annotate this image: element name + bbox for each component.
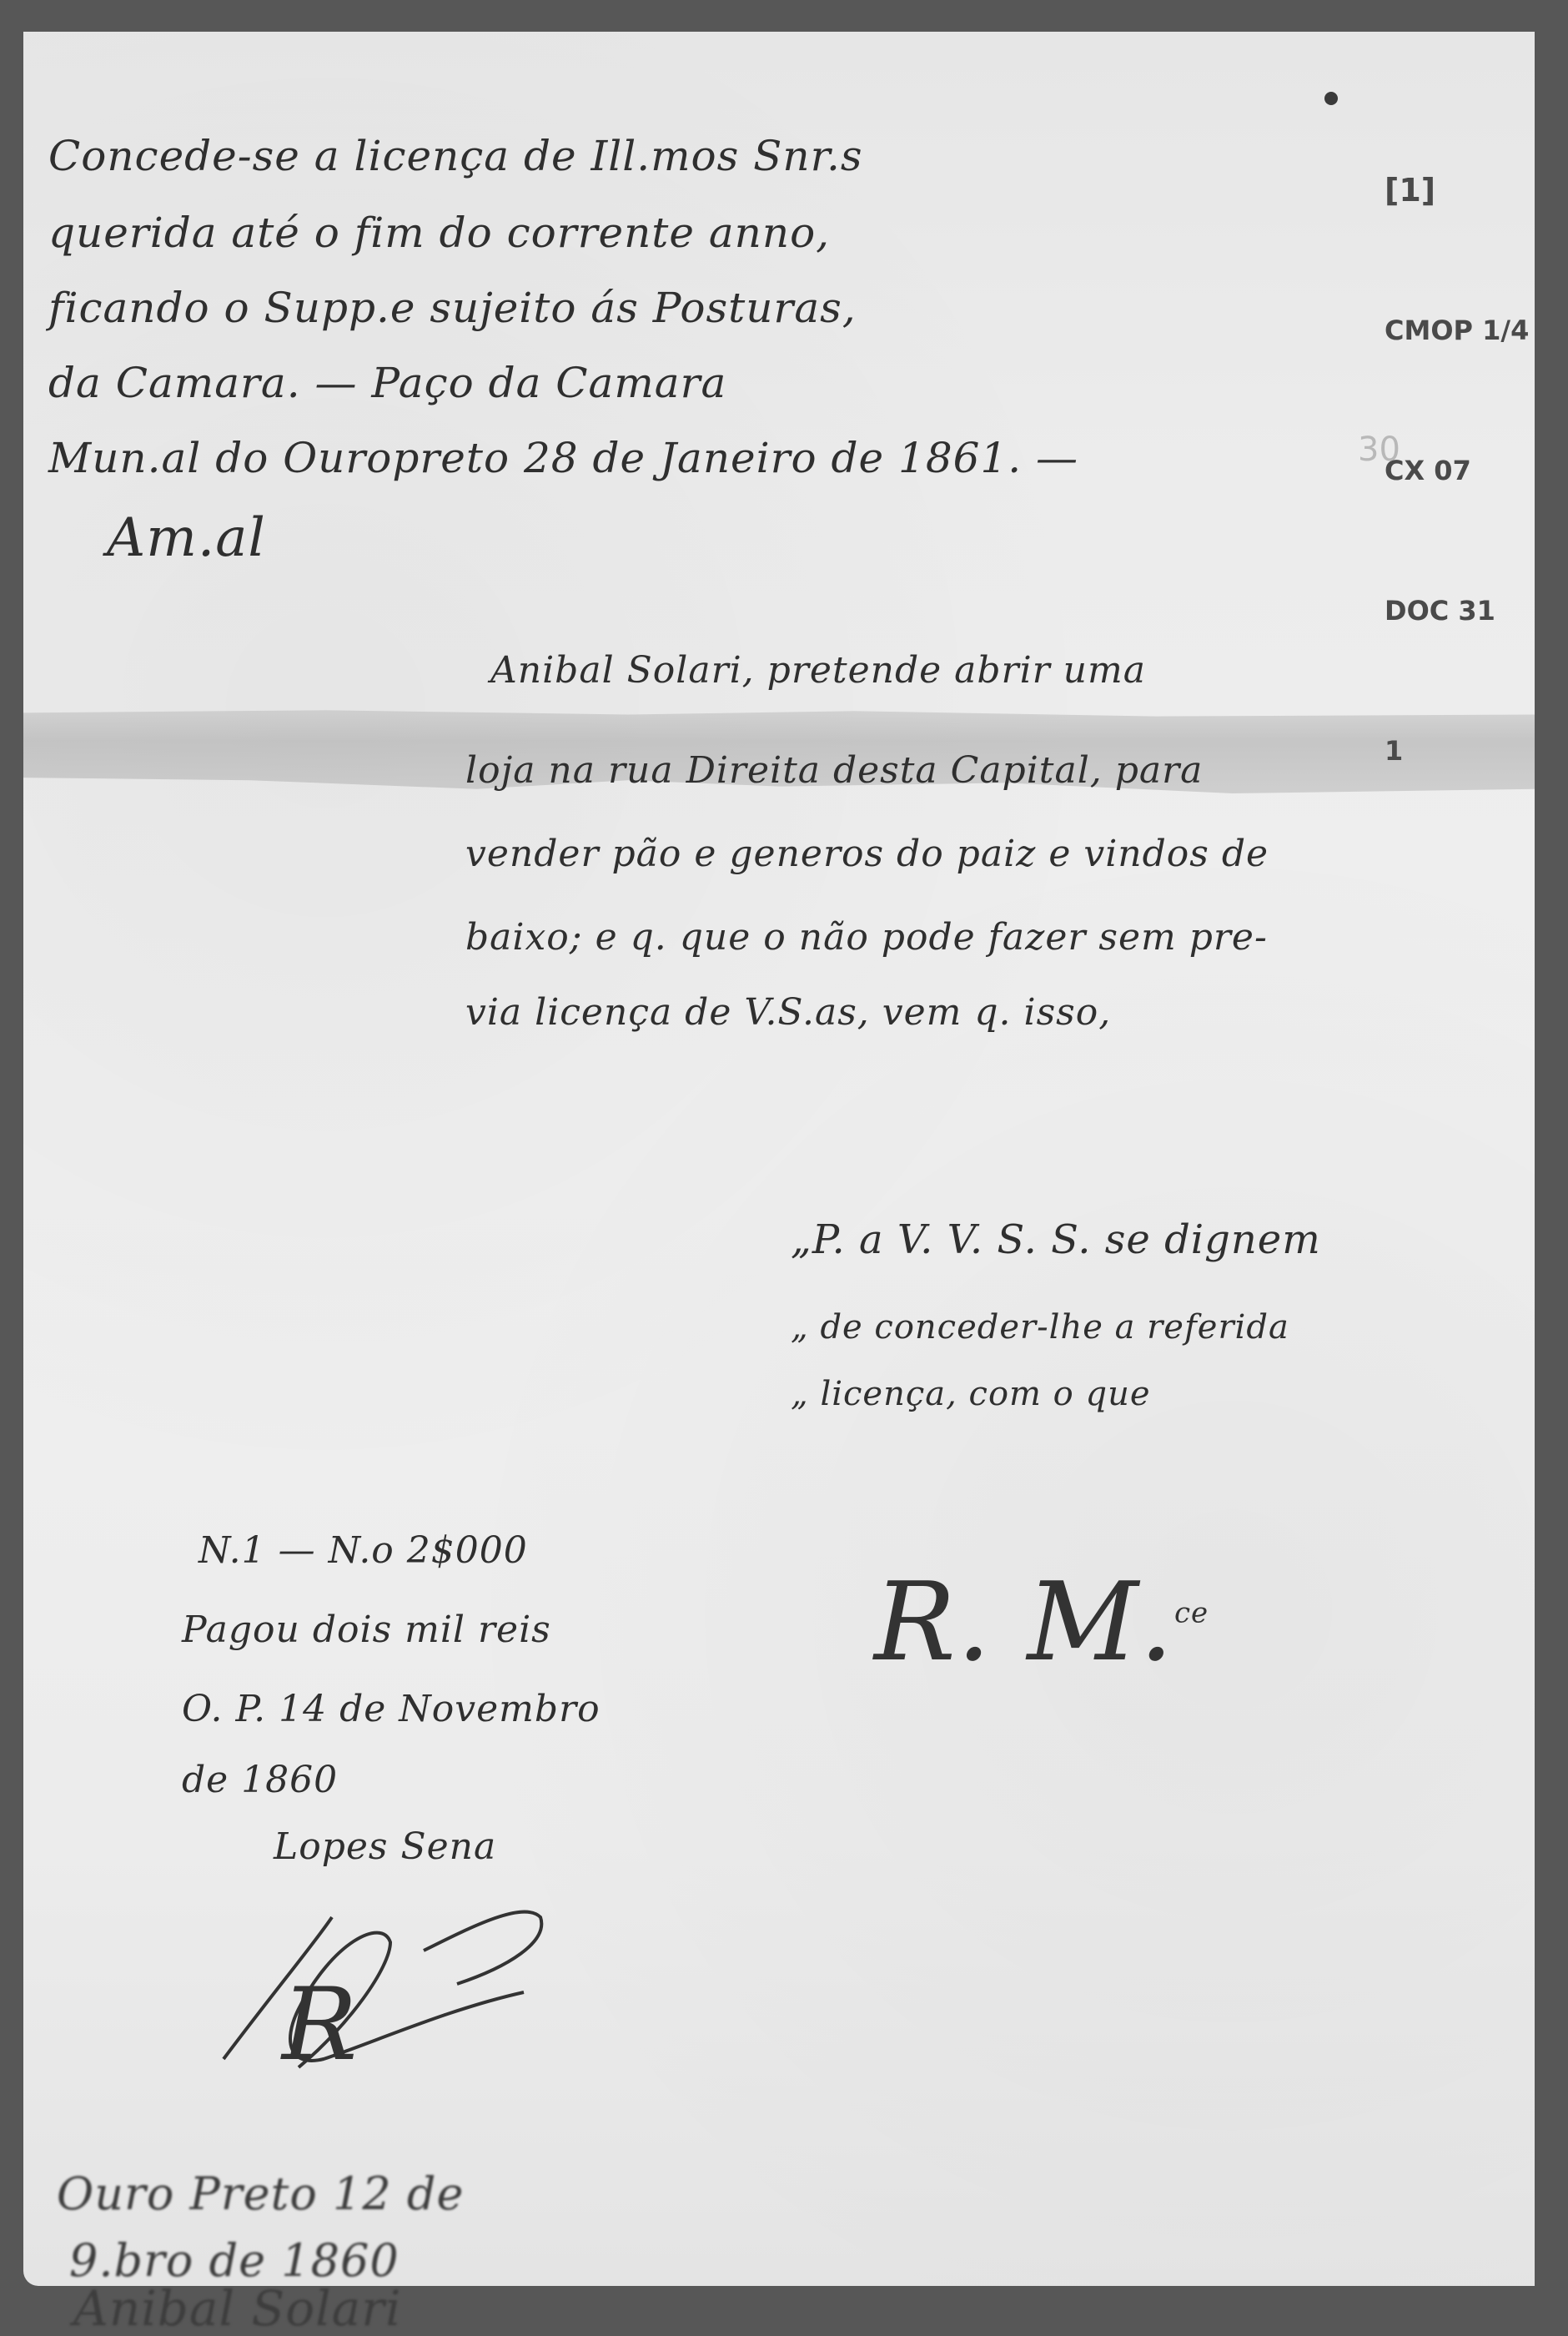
petition-line: vender pão e generos do paiz e vindos de (465, 833, 1269, 875)
payment-line: de 1860 (182, 1759, 338, 1801)
petition-line: baixo; e q. que o não pode fazer sem pre… (465, 916, 1268, 959)
rubric-flourish-icon: R (173, 1892, 557, 2109)
request-line: „ licença, com o que (791, 1375, 1151, 1413)
signature-name: Anibal Solari (73, 2280, 402, 2336)
pencil-folio-number: 30 (1358, 430, 1400, 469)
dispatch-line: da Camara. — Paço da Camara (48, 359, 726, 407)
archive-ref-line: CMOP 1/4 (1385, 307, 1529, 354)
closing-abbreviation: R. M.ce (874, 1558, 1209, 1685)
document-page: [1] CMOP 1/4 CX 07 DOC 31 1 30 Concede-s… (23, 32, 1535, 2286)
rubric-mark: R (280, 1967, 357, 2083)
payment-line: O. P. 14 de Novembro (182, 1688, 601, 1730)
payment-line: N.1 — N.o 2$000 (199, 1529, 528, 1572)
request-line: „P. a V. V. S. S. se dignem (791, 1216, 1321, 1263)
payment-line: Pagou dois mil reis (182, 1609, 551, 1651)
archive-ref-line: CX 07 (1385, 447, 1529, 494)
ink-dot-mark (1324, 92, 1338, 105)
request-line: „ de conceder-lhe a referida (791, 1308, 1289, 1347)
signature-date-line: 9.bro de 1860 (69, 2234, 400, 2287)
archive-reference: [1] CMOP 1/4 CX 07 DOC 31 1 (1385, 73, 1529, 868)
archive-ref-line: [1] (1385, 167, 1529, 214)
closing-super: ce (1174, 1597, 1209, 1630)
petition-line: loja na rua Direita desta Capital, para (465, 749, 1203, 792)
payment-signatures: Lopes Sena (274, 1825, 496, 1868)
dispatch-line: Concede-se a licença de Ill.mos Snr.s (48, 132, 863, 180)
archive-ref-line: 1 (1385, 727, 1529, 774)
dispatch-line: ficando o Supp.e sujeito ás Posturas, (48, 284, 857, 332)
petition-line: Anibal Solari, pretende abrir uma (490, 649, 1146, 692)
dispatch-signature: Am.al (107, 507, 266, 569)
scan-frame: [1] CMOP 1/4 CX 07 DOC 31 1 30 Concede-s… (0, 0, 1568, 2336)
signature-date-line: Ouro Preto 12 de (57, 2167, 464, 2220)
dispatch-line: querida até o fim do corrente anno, (48, 209, 830, 257)
closing-main: R. M. (874, 1558, 1174, 1685)
dispatch-line: Mun.al do Ouropreto 28 de Janeiro de 186… (48, 434, 1078, 482)
petition-line: via licença de V.S.as, vem q. isso, (465, 991, 1111, 1034)
archive-ref-line: DOC 31 (1385, 587, 1529, 634)
